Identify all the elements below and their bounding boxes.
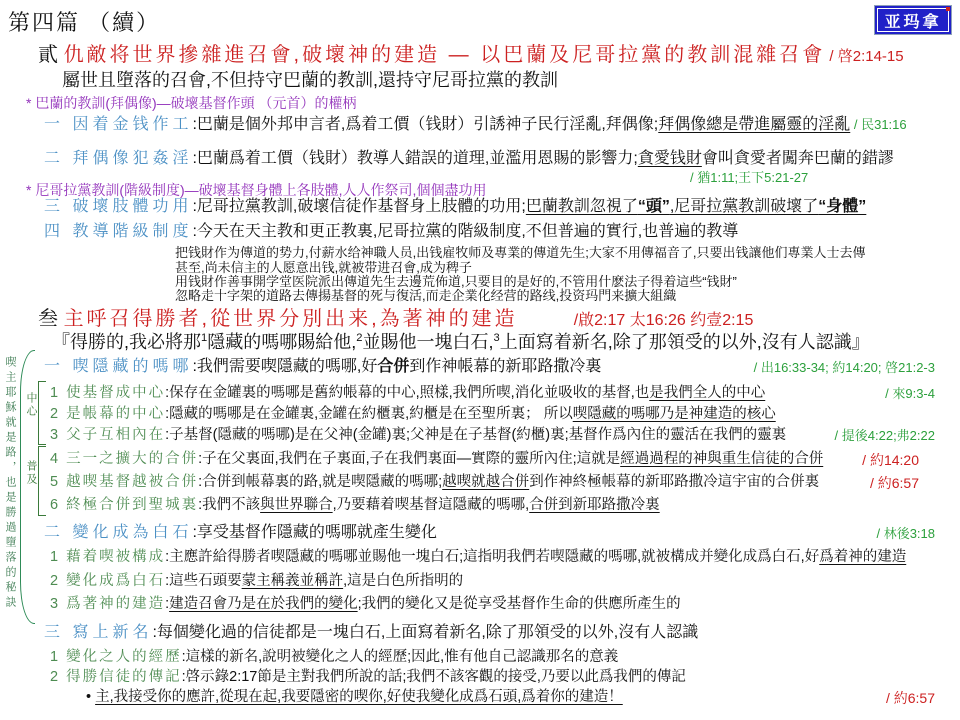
text-segment: 巴蘭是個外邦申言者,爲着工價（钱財）引誘神子民行淫亂,拜偶像;: [197, 116, 658, 133]
bracket-center: [38, 381, 46, 445]
outline-line: 3 爲著神的建造:建造召會乃是在於我們的變化;我們的變化又是從享受基督作生命的供…: [50, 596, 935, 613]
page-title: 第四篇 （續）: [8, 6, 160, 37]
logo-text: 亚玛拿: [877, 8, 949, 32]
text-segment: 3 爲著神的建造: [50, 596, 165, 612]
text-segment: 四 教導階級制度: [44, 223, 192, 240]
text-segment: / 民31:16: [850, 117, 906, 132]
outline-line: 5 越喫基督越被合併:合併到帳幕裏的路,就是喫隱藏的嗎哪;越喫就越合併到作神終極…: [50, 474, 935, 491]
text-segment: 經過過程的神與重生信徒的合併: [620, 451, 823, 467]
text-segment: 二 變化成為白石: [44, 524, 192, 541]
text-segment: 甚至,尚未信主的人愿意出钱,就被带进召會,成为稗子: [175, 260, 472, 275]
text-segment: 與世界聯合: [260, 497, 333, 513]
outline-line: 1 藉着喫被構成:主應許給得勝者喫隱藏的嗎哪並賜他一塊白石;這指明我們若喫隱藏的…: [50, 549, 935, 566]
text-segment: * 尼哥拉黨教訓(階級制度)—破壞基督身體上各肢體,人人作祭司,個個盡功用: [26, 182, 486, 198]
text-segment: 主,我接受你的應許,從現在起,我要隱密的喫你,好使我變化成爲石頭,爲着你的建造！: [95, 689, 623, 705]
text-segment: 合併到帳幕裏的路,就是喫隱藏的嗎哪;: [202, 474, 442, 490]
logo-badge: 亚玛拿: [874, 5, 952, 35]
text-segment: 把钱財作为傳道的势力,付薪水给神職人员,出钱雇牧师及專業的傳道先生;大家不用傳福…: [175, 245, 865, 260]
text-segment: 合併: [377, 358, 409, 375]
text-segment: ,這是白色所指明的: [343, 573, 463, 589]
outline-line: * 巴蘭的教訓(拜偶像)—破壞基督作頭 （元首）的權柄: [26, 95, 935, 111]
text-segment: 仇敵将世界摻雜進召會,破壞神的建造 — 以巴蘭及尼哥拉黨的教訓混雜召會: [64, 44, 826, 66]
text-segment: 貳: [38, 44, 64, 66]
text-segment: 隱藏的嗎哪賜給他,: [207, 332, 356, 352]
text-segment: 喫隱藏的嗎哪乃是神建造的核心: [573, 406, 776, 422]
outline-line: 屬世且墮落的召會,不但持守巴蘭的教訓,還持守尼哥拉黨的教訓: [62, 70, 935, 91]
text-segment: /啟2:17 太16:26 约壹2:15: [574, 312, 754, 329]
scripture-ref: / 約14:20: [862, 452, 919, 468]
outline-line: 三 破壞肢體功用:尼哥拉黨教訓,破壞信徒作基督身上肢體的功用;巴蘭教訓忽視了“頭…: [44, 198, 935, 216]
text-segment: 子基督(隱藏的嗎哪)是在父神(金罐)裏;父神是在子基督(約櫃)裏;基督作爲內住的…: [169, 427, 786, 443]
text-segment: 尼哥拉黨教訓,破壞信徒作基督身上肢體的功用;: [197, 198, 526, 215]
scripture-ref: / 約6:57: [886, 690, 935, 706]
text-segment: 啓示錄2:17節是主對我們所說的話;我們不該客觀的接受,乃要以此爲我們的傳記: [186, 669, 686, 685]
scripture-ref: / 約6:57: [870, 475, 919, 491]
text-segment: 會叫貪愛者闖奔巴蘭的錯謬: [702, 150, 894, 167]
text-segment: 叁: [38, 308, 64, 330]
outline-line: 『得勝的,我必將那1隱藏的嗎哪賜給他,2並賜他一塊白石,3上面寫着新名,除了那領…: [52, 332, 935, 353]
text-segment: “頭”: [638, 198, 670, 215]
text-segment: 1 藉着喫被構成: [50, 549, 165, 565]
text-segment: 屬世且墮落的召會,不但持守巴蘭的教訓,還持守尼哥拉黨的教訓: [62, 70, 558, 90]
outline-line: 6 終極合併到聖城裏:我們不該與世界聯合,乃要藉着喫基督這隱藏的嗎哪,合併到新耶…: [50, 497, 935, 514]
bracket-spread: [38, 446, 46, 516]
margin-vertical-note: 喫主耶穌就是路，也是勝過墮落的秘訣: [2, 356, 18, 658]
text-segment: 保存在金罐裏的嗎哪是舊約帳幕的中心,照樣,我們所喫,消化並吸收的基督,也: [169, 385, 649, 401]
text-segment: ,尼哥拉黨教訓破壞了: [670, 198, 818, 215]
text-segment: 6 終極合併到聖城裏: [50, 497, 198, 513]
text-segment: 忽略走十字架的道路去傳揚基督的死与復活,而走企業化经营的路线,投资玛門来擴大組織: [175, 288, 676, 303]
text-segment: 『得勝的,我必將那: [52, 332, 201, 352]
text-segment: 這樣的新名,說明被變化之人的經歷;因此,惟有他自己認識那名的意義: [186, 649, 619, 665]
scripture-ref: / 出16:33-34; 約14:20; 啓21:2-3: [754, 361, 935, 376]
text-segment: 我們需要喫隱藏的嗎哪,好: [197, 358, 377, 375]
outline-line: 1 使基督成中心:保存在金罐裏的嗎哪是舊約帳幕的中心,照樣,我們所喫,消化並吸收…: [50, 385, 935, 402]
outline-line: 2 變化成爲白石:這些石頭要蒙主稱義並稱許,這是白色所指明的: [50, 573, 935, 590]
outline-line: 二 變化成為白石:享受基督作隱藏的嗎哪就產生變化/ 林後3:18: [44, 524, 935, 542]
text-segment: / 啓2:14-15: [825, 48, 903, 65]
outline-line: 一 喫隱藏的嗎哪:我們需要喫隱藏的嗎哪,好合併到作神帳幕的新耶路撒冷裏/ 出16…: [44, 358, 935, 376]
outline-line: • 主,我接受你的應許,從現在起,我要隱密的喫你,好使我變化成爲石頭,爲着你的建…: [86, 689, 935, 706]
outline-line: 2 是帳幕的中心:隱藏的嗎哪是在金罐裏,金罐在約櫃裏,約櫃是在至聖所裏； 所以喫…: [50, 406, 935, 423]
text-segment: 三 破壞肢體功用: [44, 198, 192, 215]
text-segment: 並賜他一塊白石,: [362, 332, 493, 352]
text-segment: ;我們的變化又是從享受基督作生命的供應所產生的: [358, 596, 681, 612]
text-segment: 合併到新耶路撒冷裏: [529, 497, 660, 513]
text-segment: 主應許給得勝者喫隱藏的嗎哪並賜他一塊白石;這指明我們若喫隱藏的嗎哪,就被構成并變…: [169, 549, 819, 565]
text-segment: 三 寫上新名: [44, 624, 152, 641]
outline-line: 四 教導階級制度:今天在天主教和更正教裏,尼哥拉黨的階級制度,不但普遍的實行,也…: [44, 223, 935, 241]
text-segment: 3 父子互相內在: [50, 427, 165, 443]
text-segment: 蒙主稱義並稱許: [242, 573, 344, 589]
text-segment: 是我們全人的中心: [649, 385, 765, 401]
outline-line: 3 父子互相內在:子基督(隱藏的嗎哪)是在父神(金罐)裏;父神是在子基督(約櫃)…: [50, 427, 935, 444]
text-segment: 巴蘭爲着工價（钱財）教導人錯誤的道理,並濫用恩賜的影響力;: [197, 150, 638, 167]
text-segment: 巴蘭教訓忽視了: [526, 198, 638, 215]
outline-line: 把钱財作为傳道的势力,付薪水给神職人员,出钱雇牧师及專業的傳道先生;大家不用傳福…: [175, 246, 935, 261]
text-segment: 到作神終極帳幕的新耶路撒冷這宇宙的合併裏: [529, 474, 819, 490]
text-segment: 二 拜偶像犯姦淫: [44, 150, 192, 167]
text-segment: 越喫就越合併: [442, 474, 529, 490]
outline-line: 貳 仇敵将世界摻雜進召會,破壞神的建造 — 以巴蘭及尼哥拉黨的教訓混雜召會 / …: [38, 44, 935, 67]
text-segment: 上面寫着新名,除了那領受的以外,沒有人認識』: [500, 332, 870, 352]
text-segment: 5 越喫基督越被合併: [50, 474, 198, 490]
text-segment: 我們不該: [202, 497, 260, 513]
outline-line: 一 因着金钱作工:巴蘭是個外邦申言者,爲着工價（钱財）引誘神子民行淫亂,拜偶像;…: [44, 116, 935, 134]
outline-line: 二 拜偶像犯姦淫:巴蘭爲着工價（钱財）教導人錯誤的道理,並濫用恩賜的影響力;貪愛…: [44, 150, 935, 168]
outline-line: 三 寫上新名:每個變化過的信徒都是一塊白石,上面寫着新名,除了那領受的以外,沒有…: [44, 624, 935, 642]
outline-line: 4 三一之擴大的合併:子在父裏面,我們在子裏面,子在我們裏面—實際的靈所內住;這…: [50, 451, 935, 468]
text-segment: ,乃要藉着喫基督這隱藏的嗎哪,: [333, 497, 530, 513]
logo-registered-mark: [946, 7, 950, 11]
text-segment: 2 是帳幕的中心: [50, 406, 165, 422]
text-segment: 用钱財作善事開学堂医院派出傳道先生去邊荒佈道,只要目的是好的,不管用什麽法子得着…: [175, 274, 737, 289]
scripture-ref: / 林後3:18: [876, 527, 935, 542]
text-segment: 每個變化過的信徒都是一塊白石,上面寫着新名,除了那領受的以外,沒有人認識: [157, 624, 698, 641]
bracket-center-label: 中心: [23, 392, 39, 418]
text-segment: “身體”: [818, 198, 866, 215]
outline-line: 忽略走十字架的道路去傳揚基督的死与復活,而走企業化经营的路线,投资玛門来擴大組織: [175, 289, 935, 304]
scripture-ref: / 來9:3-4: [885, 387, 935, 402]
text-segment: 隱藏的嗎哪是在金罐裏,金罐在約櫃裏,約櫃是在至聖所裏； 所以: [169, 406, 573, 422]
text-segment: 4 三一之擴大的合併: [50, 451, 198, 467]
text-segment: 貪愛钱財: [638, 150, 702, 167]
outline-line: 1 變化之人的經歷:這樣的新名,說明被變化之人的經歷;因此,惟有他自己認識那名的…: [50, 649, 935, 666]
slide: 第四篇 （續） 亚玛拿 喫主耶穌就是路，也是勝過墮落的秘訣 中心 普及 貳 仇敵…: [0, 0, 960, 720]
text-segment: 拜偶像總是帶進屬靈的淫亂: [658, 116, 850, 133]
text-segment: 子在父裏面,我們在子裏面,子在我們裏面—實際的靈所內住;這就是: [202, 451, 620, 467]
text-segment: * 巴蘭的教訓(拜偶像)—破壞基督作頭 （元首）的權柄: [26, 95, 357, 111]
text-segment: 這些石頭要: [169, 573, 242, 589]
text-segment: 爲着神的建造: [819, 549, 906, 565]
text-segment: 2 變化成爲白石: [50, 573, 165, 589]
outline-line: * 尼哥拉黨教訓(階級制度)—破壞基督身體上各肢體,人人作祭司,個個盡功用: [26, 182, 935, 198]
outline-line: 2 得勝信徒的傳記:啓示錄2:17節是主對我們所說的話;我們不該客觀的接受,乃要…: [50, 669, 935, 686]
text-segment: 主呼召得勝者,從世界分別出来,為著神的建造: [64, 308, 518, 330]
text-segment: 2 得勝信徒的傳記: [50, 669, 182, 685]
text-segment: 1 使基督成中心: [50, 385, 165, 401]
scripture-ref: / 提後4:22;弗2:22: [835, 429, 935, 444]
text-segment: 一 因着金钱作工: [44, 116, 192, 133]
text-segment: 1 變化之人的經歷: [50, 649, 182, 665]
text-segment: 享受基督作隱藏的嗎哪就產生變化: [197, 524, 437, 541]
text-segment: 到作神帳幕的新耶路撒冷裏: [409, 358, 601, 375]
bracket-spread-label: 普及: [23, 460, 39, 486]
outline-line: 叁 主呼召得勝者,從世界分別出来,為著神的建造/啟2:17 太16:26 约壹2…: [38, 308, 935, 331]
text-segment: 建造召會乃是在於我們的變化: [169, 596, 358, 612]
text-segment: •: [86, 689, 95, 705]
text-segment: 一 喫隱藏的嗎哪: [44, 358, 192, 375]
text-segment: 今天在天主教和更正教裏,尼哥拉黨的階級制度,不但普遍的實行,也普遍的教導: [197, 223, 738, 240]
